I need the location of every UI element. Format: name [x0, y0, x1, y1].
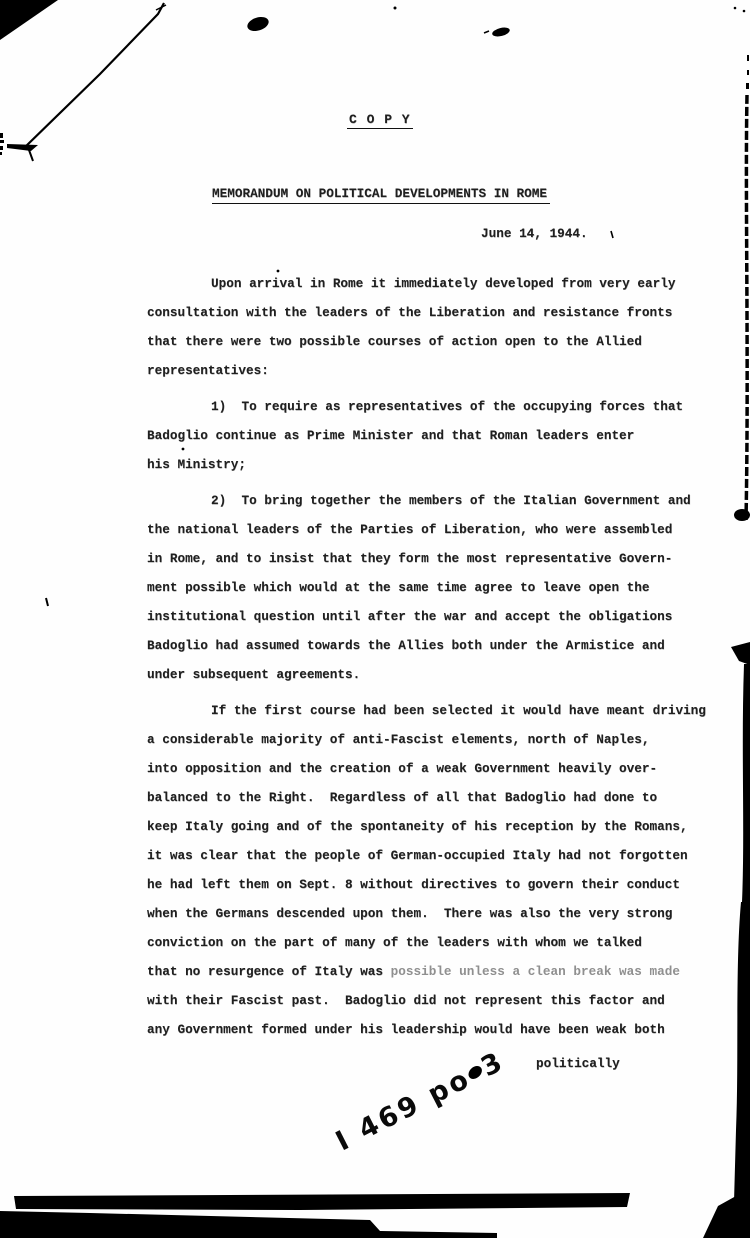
artifact-bottom-left-mass: [0, 1211, 497, 1238]
artifact-left-edge-tick: [0, 146, 3, 150]
artifact-right-band-upper: [746, 95, 747, 520]
body-line: consultation with the leaders of the Lib…: [147, 298, 707, 327]
artifact-right-band-mid: [742, 664, 750, 902]
annotation-text-right: 3: [476, 1046, 509, 1084]
body-line: Badoglio had assumed towards the Allies …: [147, 631, 707, 660]
artifact-speck: [394, 7, 397, 10]
artifact-left-edge-tick: [0, 133, 3, 138]
annotation-text-left: I 469 po: [331, 1063, 476, 1157]
body-line: If the first course had been selected it…: [147, 696, 707, 725]
artifact-right-band-dots: [747, 55, 749, 61]
body-line-faded-part: possible unless a clean break was made: [391, 964, 680, 979]
body-line: institutional question until after the w…: [147, 602, 707, 631]
artifact-right-band-lower: [733, 902, 750, 1238]
body-line: he had left them on Sept. 8 without dire…: [147, 870, 707, 899]
body-line: that there were two possible courses of …: [147, 327, 707, 356]
body-line: ment possible which would at the same ti…: [147, 573, 707, 602]
artifact-ink-blob-top-right: [491, 26, 510, 38]
artifact-left-edge-tick: [0, 152, 2, 155]
copy-heading: C O P Y: [347, 112, 413, 129]
handwritten-annotation: I 469 po3: [331, 1039, 523, 1157]
artifact-right-band-end-blob: [734, 509, 750, 521]
body-line: that no resurgence of Italy was possible…: [147, 957, 707, 986]
body-line: under subsequent agreements.: [147, 660, 707, 689]
body-line: balanced to the Right. Regardless of all…: [147, 783, 707, 812]
body-line: in Rome, and to insist that they form th…: [147, 544, 707, 573]
artifact-apostrophe-mark: [46, 598, 48, 606]
artifact-date-tick: [611, 231, 613, 238]
memo-body: Upon arrival in Rome it immediately deve…: [147, 269, 707, 1044]
body-line-normal-part: that no resurgence of Italy was: [147, 964, 391, 979]
artifact-scratch-hook: [156, 5, 166, 10]
body-line: it was clear that the people of German-o…: [147, 841, 707, 870]
body-line: representatives:: [147, 356, 707, 385]
body-line: the national leaders of the Parties of L…: [147, 515, 707, 544]
artifact-right-band-dots: [747, 70, 749, 75]
artifact-bottom-right-corner: [703, 1196, 750, 1238]
catchword: politically: [536, 1056, 620, 1071]
artifact-top-left-corner: [0, 0, 58, 40]
artifact-speck: [743, 10, 746, 13]
artifact-scratch-line: [23, 3, 164, 149]
artifact-blob-tail: [484, 31, 489, 33]
artifact-right-wedge: [731, 642, 750, 665]
body-line: keep Italy going and of the spontaneity …: [147, 812, 707, 841]
body-line: his Ministry;: [147, 450, 707, 479]
artifact-ink-blob-top-center: [246, 14, 271, 33]
body-line: when the Germans descended upon them. Th…: [147, 899, 707, 928]
artifact-bottom-bar: [14, 1193, 630, 1210]
body-line: with their Fascist past. Badoglio did no…: [147, 986, 707, 1015]
body-line: any Government formed under his leadersh…: [147, 1015, 707, 1044]
body-line: Upon arrival in Rome it immediately deve…: [147, 269, 707, 298]
artifact-left-dash-hook: [29, 150, 33, 161]
body-line: Badoglio continue as Prime Minister and …: [147, 421, 707, 450]
artifact-left-dash: [7, 144, 38, 151]
document-page: C O P Y MEMORANDUM ON POLITICAL DEVELOPM…: [0, 0, 750, 1238]
memo-title: MEMORANDUM ON POLITICAL DEVELOPMENTS IN …: [212, 186, 550, 204]
body-line: into opposition and the creation of a we…: [147, 754, 707, 783]
body-line: a considerable majority of anti-Fascist …: [147, 725, 707, 754]
body-line: 1) To require as representatives of the …: [147, 392, 707, 421]
artifact-speck: [734, 7, 737, 10]
body-line: 2) To bring together the members of the …: [147, 486, 707, 515]
body-line: conviction on the part of many of the le…: [147, 928, 707, 957]
artifact-left-edge-tick: [0, 140, 4, 143]
memo-date: June 14, 1944.: [481, 226, 588, 241]
artifact-right-band-dots: [746, 83, 749, 89]
